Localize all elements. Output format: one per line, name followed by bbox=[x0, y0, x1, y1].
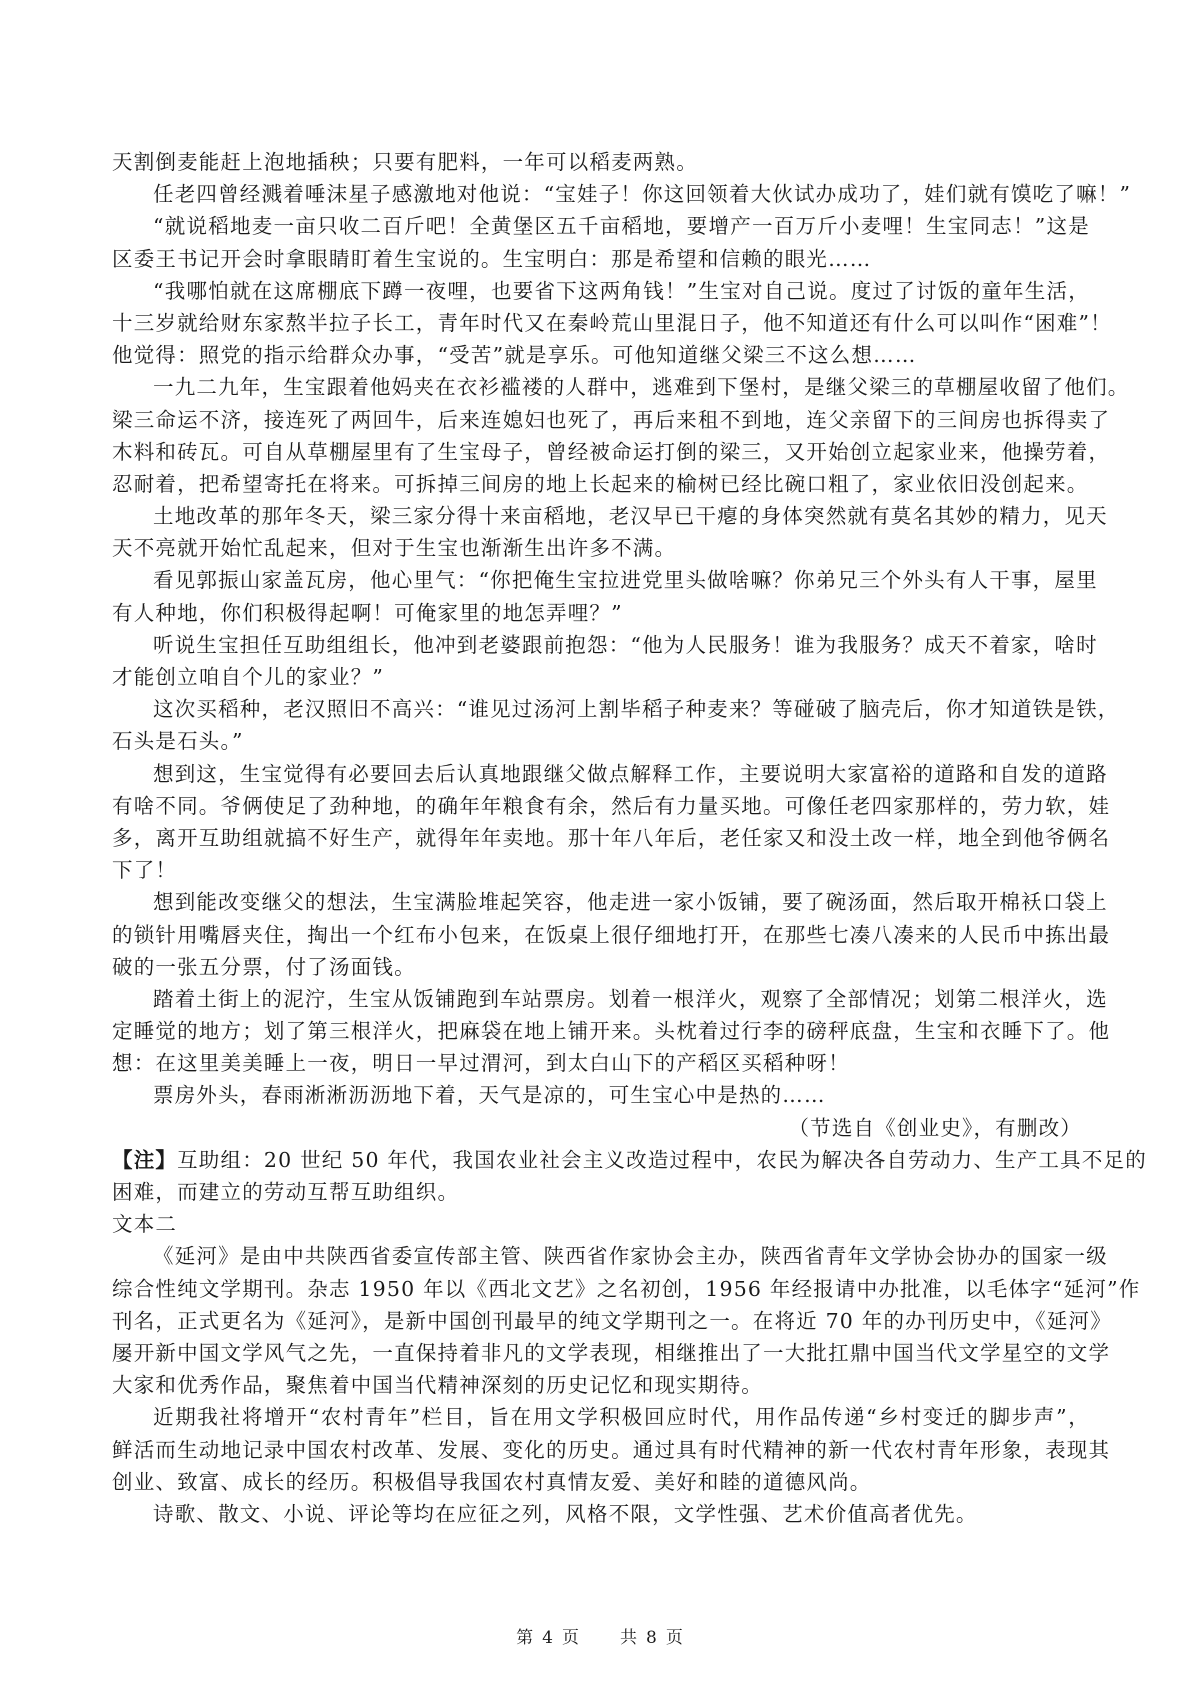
text-one-section: 天割倒麦能赶上泡地插秧；只要有肥料，一年可以稻麦两熟。任老四曾经溅着唾沫星子感激… bbox=[112, 146, 1090, 1112]
note-line-2: 困难，而建立的劳动互帮互助组织。 bbox=[112, 1176, 1090, 1208]
paragraph-line: “就说稻地麦一亩只收二百斤吧！全黄堡区五千亩稻地，要增产一百万斤小麦哩！生宝同志… bbox=[112, 210, 1090, 242]
paragraph-line: 有人种地，你们积极得起啊！可俺家里的地怎弄哩？” bbox=[112, 597, 1090, 629]
paragraph-line: 看见郭振山家盖瓦房，他心里气：“你把俺生宝拉进党里头做啥嘛？你弟兄三个外头有人干… bbox=[112, 564, 1090, 596]
paragraph-line: 听说生宝担任互助组组长，他冲到老婆跟前抱怨：“他为人民服务！谁为我服务？成天不着… bbox=[112, 629, 1090, 661]
paragraph-line: 票房外头，春雨淅淅沥沥地下着，天气是凉的，可生宝心中是热的…… bbox=[112, 1079, 1090, 1111]
paragraph-line: 想到能改变继父的想法，生宝满脸堆起笑容，他走进一家小饭铺，要了碗汤面，然后取开棉… bbox=[112, 886, 1090, 918]
document-page: 天割倒麦能赶上泡地插秧；只要有肥料，一年可以稻麦两熟。任老四曾经溅着唾沫星子感激… bbox=[112, 146, 1090, 1530]
source-citation: （节选自《创业史》，有删改） bbox=[112, 1112, 1090, 1144]
paragraph-line: 任老四曾经溅着唾沫星子感激地对他说：“宝娃子！你这回领着大伙试办成功了，娃们就有… bbox=[112, 178, 1090, 210]
paragraph-line: 大家和优秀作品，聚焦着中国当代精神深刻的历史记忆和现实期待。 bbox=[112, 1369, 1090, 1401]
paragraph-line: “我哪怕就在这席棚底下蹲一夜哩，也要省下这两角钱！”生宝对自己说。度过了讨饭的童… bbox=[112, 275, 1090, 307]
note-text: 互助组：20 世纪 50 年代，我国农业社会主义改造过程中，农民为解决各自劳动力… bbox=[177, 1148, 1147, 1172]
paragraph-line: 他觉得：照党的指示给群众办事，“受苦”就是享乐。可他知道继父梁三不这么想…… bbox=[112, 339, 1090, 371]
paragraph-line: 区委王书记开会时拿眼睛盯着生宝说的。生宝明白：那是希望和信赖的眼光…… bbox=[112, 243, 1090, 275]
current-page-number: 4 bbox=[542, 1628, 554, 1648]
paragraph-line: 定睡觉的地方；划了第三根洋火，把麻袋在地上铺开来。头枕着过行李的磅秤底盘，生宝和… bbox=[112, 1015, 1090, 1047]
paragraph-line: 的锁针用嘴唇夹住，掏出一个红布小包来，在饭桌上很仔细地打开，在那些七凑八凑来的人… bbox=[112, 919, 1090, 951]
page-footer: 第4页 共8页 bbox=[0, 1623, 1200, 1648]
paragraph-line: 综合性纯文学期刊。杂志 1950 年以《西北文艺》之名初创，1956 年经报请中… bbox=[112, 1273, 1090, 1305]
paragraph-line: 破的一张五分票，付了汤面钱。 bbox=[112, 951, 1090, 983]
paragraph-line: 想：在这里美美睡上一夜，明日一早过渭河，到太白山下的产稻区买稻种呀！ bbox=[112, 1047, 1090, 1079]
paragraph-line: 有啥不同。爷俩使足了劲种地，的确年年粮食有余，然后有力量买地。可像任老四家那样的… bbox=[112, 790, 1090, 822]
paragraph-line: 十三岁就给财东家熬半拉子长工，青年时代又在秦岭荒山里混日子，他不知道还有什么可以… bbox=[112, 307, 1090, 339]
paragraph-line: 《延河》是由中共陕西省委宣传部主管、陕西省作家协会主办，陕西省青年文学协会协办的… bbox=[112, 1240, 1090, 1272]
paragraph-line: 多，离开互助组就搞不好生产，就得年年卖地。那十年八年后，老任家又和没土改一样，地… bbox=[112, 822, 1090, 854]
paragraph-line: 天割倒麦能赶上泡地插秧；只要有肥料，一年可以稻麦两熟。 bbox=[112, 146, 1090, 178]
paragraph-line: 石头是石头。” bbox=[112, 725, 1090, 757]
paragraph-line: 想到这，生宝觉得有必要回去后认真地跟继父做点解释工作，主要说明大家富裕的道路和自… bbox=[112, 758, 1090, 790]
paragraph-line: 忍耐着，把希望寄托在将来。可拆掉三间房的地上长起来的榆树已经比碗口粗了，家业依旧… bbox=[112, 468, 1090, 500]
paragraph-line: 诗歌、散文、小说、评论等均在应征之列，风格不限，文学性强、艺术价值高者优先。 bbox=[112, 1498, 1090, 1530]
paragraph-line: 刊名，正式更名为《延河》，是新中国创刊最早的纯文学期刊之一。在将近 70 年的办… bbox=[112, 1305, 1090, 1337]
paragraph-line: 才能创立咱自个儿的家业？” bbox=[112, 661, 1090, 693]
paragraph-line: 这次买稻种，老汉照旧不高兴：“谁见过汤河上割毕稻子种麦来？等碰破了脑壳后，你才知… bbox=[112, 693, 1090, 725]
paragraph-line: 踏着土街上的泥泞，生宝从饭铺跑到车站票房。划着一根洋火，观察了全部情况；划第二根… bbox=[112, 983, 1090, 1015]
total-pages-number: 8 bbox=[646, 1628, 658, 1648]
paragraph-line: 一九二九年，生宝跟着他妈夹在衣衫褴褛的人群中，逃难到下堡村，是继父梁三的草棚屋收… bbox=[112, 371, 1090, 403]
page-prefix: 第 bbox=[516, 1628, 534, 1648]
paragraph-line: 屡开新中国文学风气之先，一直保持着非凡的文学表现，相继推出了一大批扛鼎中国当代文… bbox=[112, 1337, 1090, 1369]
total-prefix: 共 bbox=[620, 1628, 638, 1648]
text-two-section: 《延河》是由中共陕西省委宣传部主管、陕西省作家协会主办，陕西省青年文学协会协办的… bbox=[112, 1240, 1090, 1530]
paragraph-line: 下了！ bbox=[112, 854, 1090, 886]
annotation-note: 【注】互助组：20 世纪 50 年代，我国农业社会主义改造过程中，农民为解决各自… bbox=[112, 1144, 1090, 1208]
paragraph-line: 创业、致富、成长的经历。积极倡导我国农村真情友爱、美好和睦的道德风尚。 bbox=[112, 1466, 1090, 1498]
paragraph-line: 梁三命运不济，接连死了两回牛，后来连媳妇也死了，再后来租不到地，连父亲留下的三间… bbox=[112, 404, 1090, 436]
note-bracket-label: 【注】 bbox=[112, 1148, 177, 1172]
paragraph-line: 鲜活而生动地记录中国农村改革、发展、变化的历史。通过具有时代精神的新一代农村青年… bbox=[112, 1434, 1090, 1466]
paragraph-line: 近期我社将增开“农村青年”栏目，旨在用文学积极回应时代，用作品传递“乡村变迁的脚… bbox=[112, 1401, 1090, 1433]
paragraph-line: 木料和砖瓦。可自从草棚屋里有了生宝母子，曾经被命运打倒的梁三，又开始创立起家业来… bbox=[112, 436, 1090, 468]
text-two-heading: 文本二 bbox=[112, 1208, 1090, 1240]
paragraph-line: 天不亮就开始忙乱起来，但对于生宝也渐渐生出许多不满。 bbox=[112, 532, 1090, 564]
note-line-1: 【注】互助组：20 世纪 50 年代，我国农业社会主义改造过程中，农民为解决各自… bbox=[112, 1144, 1090, 1176]
page-suffix: 页 bbox=[562, 1628, 580, 1648]
paragraph-line: 土地改革的那年冬天，梁三家分得十来亩稻地，老汉早已干瘪的身体突然就有莫名其妙的精… bbox=[112, 500, 1090, 532]
total-suffix: 页 bbox=[666, 1628, 684, 1648]
